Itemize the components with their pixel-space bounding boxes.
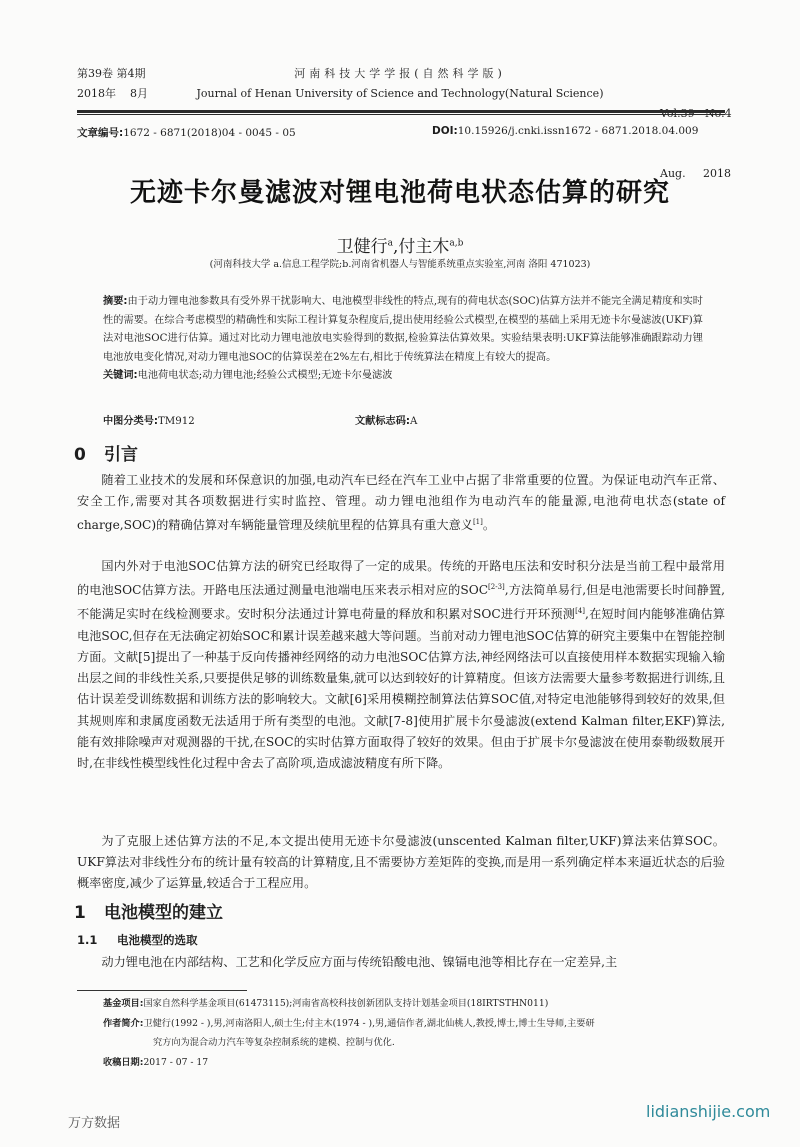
doi-value: 10.15926/j.cnki.issn1672 - 6871.2018.04.… [458,125,699,137]
subsection-title: 电池模型的选取 [117,933,198,947]
paragraph-text: 动力锂电池在内部结构、工艺和化学反应方面与传统铅酸电池、镍镉电池等相比存在一定差… [77,952,725,973]
article-number-label: 文章编号: [77,127,123,139]
author-bio: 作者简介:卫健行(1992 - ),男,河南洛阳人,硕士生;付主木(1974 -… [103,1014,733,1034]
section-title: 引言 [104,445,138,465]
clc-value: TM912 [158,416,195,427]
clc-label: 中图分类号: [103,416,158,427]
section-heading-intro: 0引言 [74,440,138,465]
journal-title-en: Journal of Henan University of Science a… [150,84,650,104]
header-rule-thick [77,110,725,113]
paragraph-end: 。 [483,518,495,532]
intro-paragraph-2: 国内外对于电池SOC估算方法的研究已经取得了一定的成果。传统的开路电压法和安时积… [77,556,725,774]
fund-info: 基金项目:国家自然科学基金项目(61473115);河南省高校科技创新团队支持计… [103,994,733,1014]
section-heading-1: 1电池模型的建立 [74,898,223,923]
footnotes: 基金项目:国家自然科学基金项目(61473115);河南省高校科技创新团队支持计… [103,994,733,1072]
received-value: 2017 - 07 - 17 [143,1057,208,1068]
volume-issue-cn: 第39卷 第4期 [77,64,148,84]
subsection-number: 1.1 [77,933,117,947]
abstract-label: 摘要: [103,296,128,307]
received-date: 收稿日期:2017 - 07 - 17 [103,1053,733,1073]
author-bio-label: 作者简介: [103,1018,143,1029]
journal-title-cn: 河南科技大学学报(自然科学版) [150,64,650,84]
doc-code-value: A [410,416,417,427]
doc-code-label: 文献标志码: [355,416,410,427]
author-1: 卫健行 [337,237,388,257]
footnote-rule [77,990,247,991]
paragraph-text: 为了克服上述估算方法的不足,本文提出使用无迹卡尔曼滤波(unscented Ka… [77,831,725,895]
doi-label: DOI: [432,125,458,137]
site-watermark: lidianshijie.com [646,1102,770,1121]
subsection-heading-1-1: 1.1电池模型的选取 [77,932,198,948]
header-rule-thin [77,114,725,115]
section-1-1-paragraph: 动力锂电池在内部结构、工艺和化学反应方面与传统铅酸电池、镍镉电池等相比存在一定差… [77,952,725,973]
section-number: 0 [74,445,104,465]
issue-info: 第39卷 第4期 2018年 8月 [77,64,148,104]
paragraph-text: ,在短时间内能够准确估算电池SOC,但存在无法确定初始SOC和累计误差越来越大等… [77,608,725,770]
received-label: 收稿日期: [103,1057,143,1068]
author-2: 付主木 [398,237,449,257]
clc-number: 中图分类号:TM912 [103,412,195,427]
section-title: 电池模型的建立 [104,903,223,923]
doi: DOI:10.15926/j.cnki.issn1672 - 6871.2018… [432,125,698,137]
intro-paragraph-1: 随着工业技术的发展和环保意识的加强,电动汽车已经在汽车工业中占据了非常重要的位置… [77,470,725,537]
paragraph-text: 随着工业技术的发展和环保意识的加强,电动汽车已经在汽车工业中占据了非常重要的位置… [77,473,725,532]
author-list: 卫健行a,付主木a,b [0,232,800,257]
citation: [2-3] [488,583,505,591]
journal-name: 河南科技大学学报(自然科学版) Journal of Henan Univers… [150,64,650,104]
author-bio-cont: 究方向为混合动力汽车等复杂控制系统的建模、控制与优化. [103,1033,733,1053]
keywords-text: 电池荷电状态;动力锂电池;经验公式模型;无迹卡尔曼滤波 [138,370,393,381]
intro-paragraph-3: 为了克服上述估算方法的不足,本文提出使用无迹卡尔曼滤波(unscented Ka… [77,831,725,895]
document-code: 文献标志码:A [355,412,417,427]
fund-text: 国家自然科学基金项目(61473115);河南省高校科技创新团队支持计划基金项目… [143,998,548,1009]
article-number-value: 1672 - 6871(2018)04 - 0045 - 05 [123,127,295,139]
date-cn: 2018年 8月 [77,84,148,104]
article-number: 文章编号:1672 - 6871(2018)04 - 0045 - 05 [77,125,296,140]
citation: [1] [473,518,483,526]
keywords-label: 关键词: [103,370,138,381]
paper-title: 无迹卡尔曼滤波对锂电池荷电状态估算的研究 [0,172,800,209]
affiliation: (河南科技大学 a.信息工程学院;b.河南省机器人与智能系统重点实验室,河南 洛… [0,256,800,270]
fund-label: 基金项目: [103,998,143,1009]
section-number: 1 [74,903,104,923]
abstract-text: 由于动力锂电池参数具有受外界干扰影响大、电池模型非线性的特点,现有的荷电状态(S… [103,296,703,363]
citation: [4] [575,607,585,615]
author-2-affil: a,b [449,238,463,248]
abstract: 摘要:由于动力锂电池参数具有受外界干扰影响大、电池模型非线性的特点,现有的荷电状… [103,293,703,386]
author-bio-text: 卫健行(1992 - ),男,河南洛阳人,硕士生;付主木(1974 - ),男,… [143,1018,594,1029]
wanfang-watermark: 万方数据 [68,1112,120,1131]
